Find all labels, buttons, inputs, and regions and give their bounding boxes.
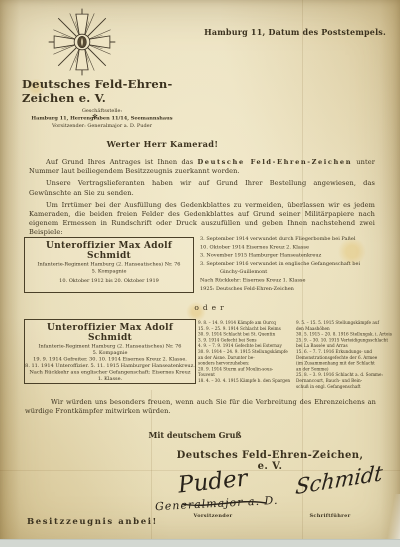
role-vorsitzender: Vorsitzender [183, 512, 243, 520]
example1-name: Unteroffizier Max Adolf Schmidt [25, 241, 193, 261]
list-line: Nach Rückkehr: Eisernes Kreuz 1. Klasse [200, 276, 398, 284]
paragraph-3: Um Irrtümer bei der Ausfüllung des Geden… [29, 201, 375, 238]
p1-before: Auf Grund Ihres Antrages ist Ihnen das [46, 158, 197, 166]
example2-history-col2: 9. 5. – 15. 5. 1915 Stellungskämpfe aufd… [296, 320, 397, 390]
example1-entries: 3. September 1914 verwundet durch Fliege… [200, 235, 398, 293]
list-line: 18. 4. – 30. 4. 1915 Kämpfe b. den Sparg… [198, 378, 294, 384]
example1-regiment: Infanterie-Regiment Hamburg (2. Hanseati… [25, 261, 193, 268]
postmark-note: Hamburg 11, Datum des Poststempels. [204, 27, 386, 37]
org-name: Deutsches Feld-Ehren-Zeichen e. V. [22, 77, 182, 105]
chairman-line: Vorsitzender: Generalmajor a. D. Puder [22, 122, 182, 130]
scan-bed-strip [0, 539, 400, 547]
office-address: Hamburg 11, Herrengraben 11/14, Seemanns… [22, 115, 182, 123]
list-line: Ginchy-Guillemont [200, 268, 398, 276]
example2-line4: 1. Klasse. [25, 376, 195, 383]
list-line: 3. September 1916 verwundet in englische… [200, 260, 398, 268]
example2-box: Unteroffizier Max Adolf Schmidt Infanter… [24, 319, 196, 384]
list-line: 10. Oktober 1914 Eisernes Kreuz 2. Klass… [200, 243, 398, 251]
example2-history-col1: 9. 8. – 14. 9. 1914 Kämpfe am Ourcq15. 9… [198, 320, 294, 384]
list-line: 30. 9. 1914 – 24. 9. 1915 Stellungskämpf… [198, 349, 294, 355]
medal-emblem-icon [48, 6, 116, 82]
list-line: schuß in engl. Gefangenschaft [296, 384, 397, 390]
divider-star-icon: ✻ [92, 113, 98, 121]
role-schriftfuehrer: Schriftführer [300, 512, 360, 520]
example1-company: 5. Kompagnie [25, 268, 193, 275]
example2-name: Unteroffizier Max Adolf Schmidt [25, 323, 195, 343]
list-line: 3. November 1915 Hamburger Hanseatenkreu… [200, 252, 398, 260]
office-label: Geschäftsstelle: [22, 107, 182, 115]
list-line: 3. September 1914 verwundet durch Fliege… [200, 235, 398, 243]
or-label: oder [100, 303, 322, 312]
scanned-letter: Hamburg 11, Datum des Poststempels. Deut… [0, 0, 400, 547]
paragraph-2: Unsere Vertragslieferanten haben wir auf… [29, 179, 375, 197]
salutation: Werter Herr Kamerad! [30, 139, 295, 149]
example1-box: Unteroffizier Max Adolf Schmidt Infanter… [24, 237, 194, 293]
list-line: 1925: Deutsches Feld-Ehren-Zeichen [200, 285, 398, 293]
enclosure-note: Besitzzeugnis anbei! [27, 517, 158, 527]
closing-paragraph: Wir würden uns besonders freuen, wenn au… [25, 398, 376, 416]
paragraph-1: Auf Grund Ihres Antrages ist Ihnen das D… [29, 158, 375, 176]
example1-service-dates: 10. Oktober 1912 bis 20. Oktober 1919 [25, 278, 193, 285]
torn-corner [386, 494, 400, 540]
p1-emphasis: Deutsche Feld-Ehren-Zeichen [197, 158, 352, 166]
letter-body: Auf Grund Ihres Antrages ist Ihnen das D… [29, 158, 375, 241]
greeting: Mit deutschem Gruß [45, 430, 345, 440]
